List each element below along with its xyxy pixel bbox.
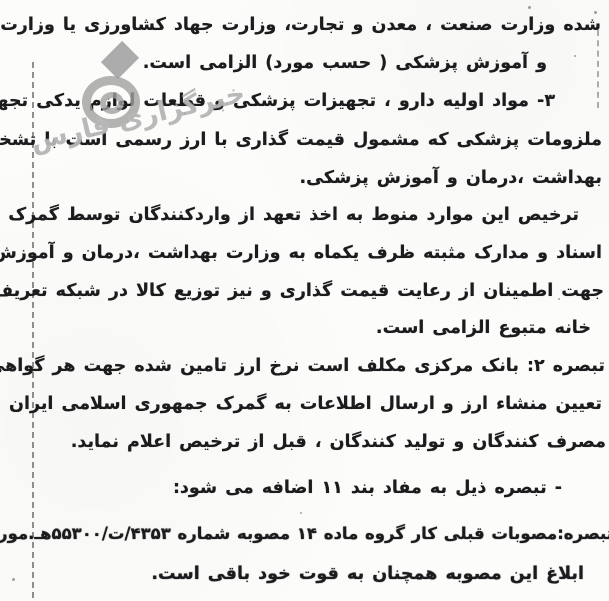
paper-speck [528,6,531,9]
doc-line-2: و آموزش پزشکی ( حسب مورد) الزامی است. [143,53,547,73]
doc-line-7: اسناد و مدارک مثبته ظرف یکماه به وزارت ب… [0,243,602,263]
doc-line-15: ابلاغ این مصوبه همچنان به قوت خود باقی ا… [151,564,584,584]
doc-line-14: تبصره:مصوبات قبلی کار گروه ماده ۱۴ مصوبه… [0,524,609,543]
doc-line-1: شده وزارت صنعت ، معدن و تجارت، وزارت جها… [0,15,601,35]
paper-speck [300,512,302,514]
doc-line-10: تبصره ۲: بانک مرکزی مکلف است نرخ ارز تام… [0,356,605,376]
doc-line-9: خانه متبوع الزامی است. [376,318,591,338]
doc-line-4: ملزومات پزشکی که مشمول قیمت گذاری با ارز… [0,130,602,150]
paper-speck [574,55,576,57]
doc-line-12: مصرف کنندگان و تولید کنندگان ، قبل از تر… [71,432,606,452]
scanned-document-page: شده وزارت صنعت ، معدن و تجارت، وزارت جها… [0,0,609,601]
doc-line-6: ترخیص این موارد منوط به اخذ تعهد از وارد… [0,205,579,225]
doc-line-13: - تبصره ذیل به مفاد بند ۱۱ اضافه می شود: [173,478,562,498]
fars-logo-diamond-icon [101,41,139,79]
paper-speck [12,578,15,581]
doc-line-11: تعیین منشاء ارز و ارسال اطلاعات به گمرک … [0,394,602,414]
doc-line-5: بهداشت ،درمان و آموزش پزشکی. [300,168,602,188]
doc-line-8: جهت اطمینان از رعایت قیمت گذاری و نیز تو… [0,281,604,301]
paper-speck [594,11,597,14]
doc-line-3: ۳- مواد اولیه دارو ، تجهیزات پزشکی و قطع… [0,91,555,111]
right-margin-dashed-line [597,30,599,108]
